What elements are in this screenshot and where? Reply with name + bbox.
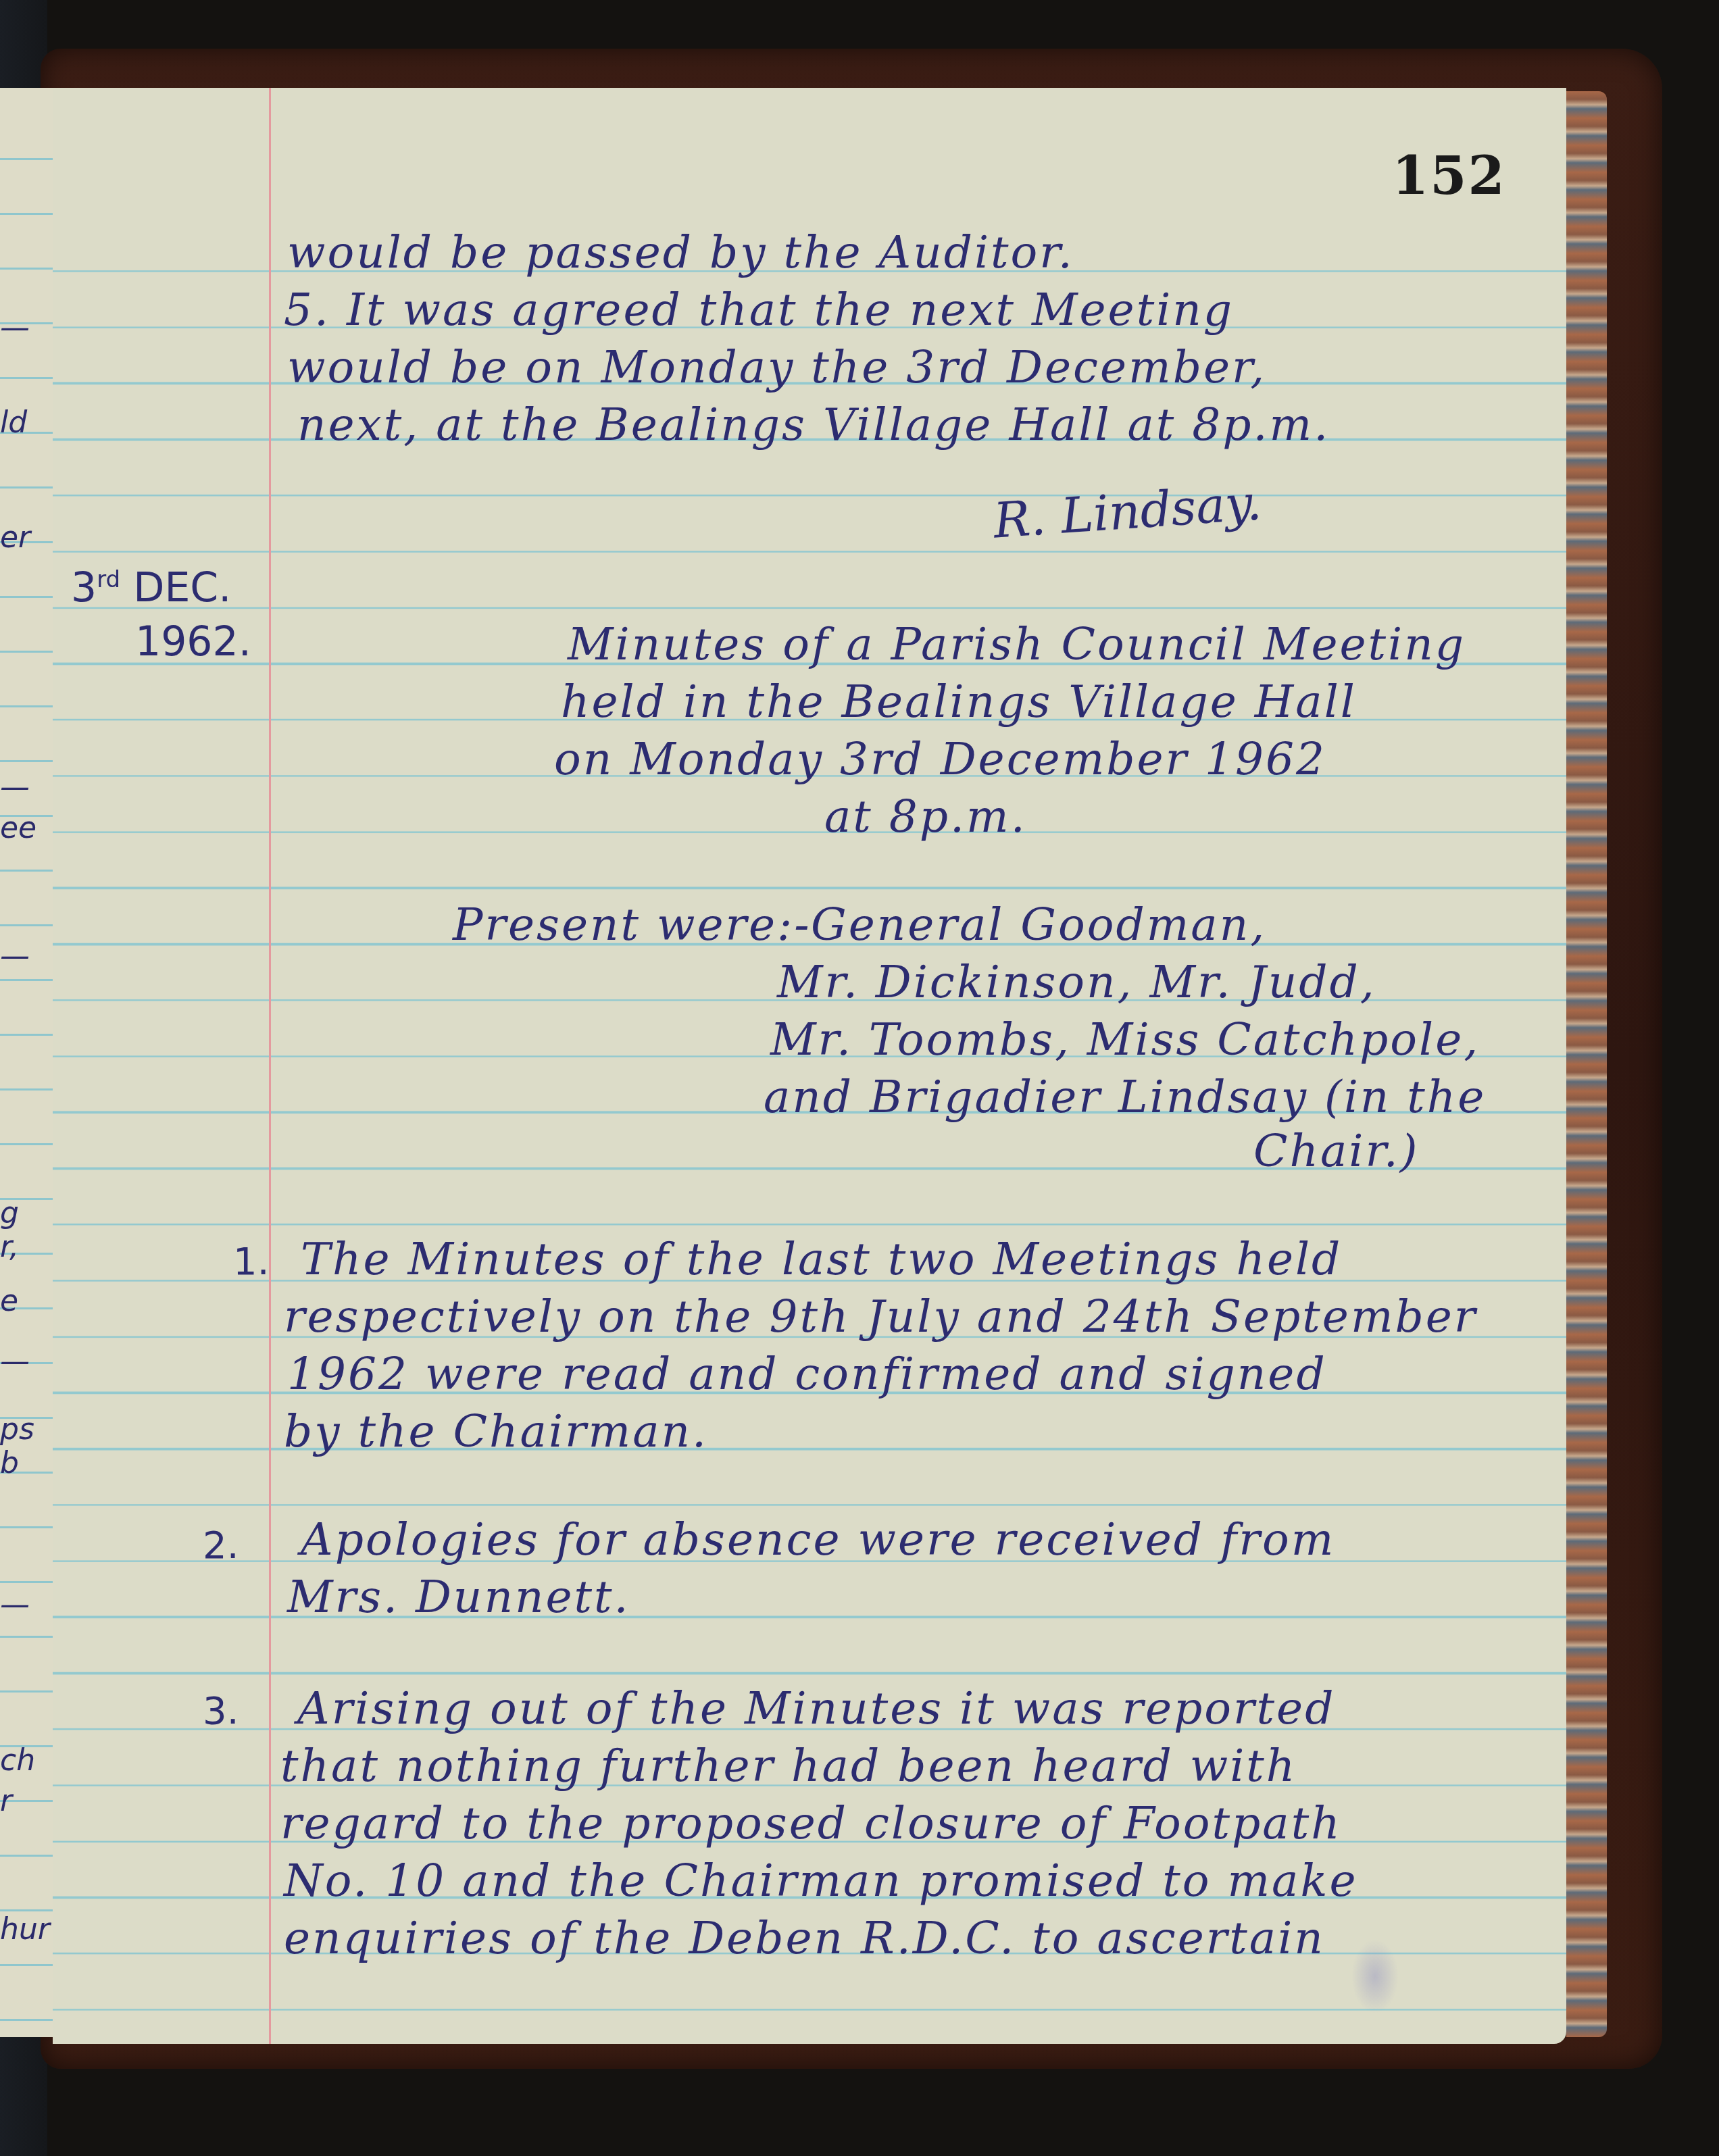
carryover-line: next, at the Bealings Village Hall at 8p…: [297, 399, 1330, 451]
left-page-fragment: e: [0, 1284, 18, 1318]
attendance-label: Present were:-: [453, 899, 812, 951]
attendee-line: General Goodman,: [811, 899, 1266, 951]
carryover-line: 5. It was agreed that the next Meeting: [284, 284, 1234, 336]
left-page-fragment: —: [0, 770, 30, 805]
item-line: enquiries of the Deben R.D.C. to ascerta…: [284, 1912, 1325, 1964]
left-page-fragment: ld: [0, 405, 27, 440]
item-line: by the Chairman.: [284, 1405, 708, 1457]
left-page-fragment: ee: [0, 811, 36, 845]
attendee-line: Mr. Dickinson, Mr. Judd,: [777, 956, 1376, 1008]
left-page-fragment: b: [0, 1446, 19, 1480]
heading-line: Minutes of a Parish Council Meeting: [568, 618, 1466, 670]
left-page-fragment: er: [0, 520, 30, 555]
attendee-line: Mr. Toombs, Miss Catchpole,: [770, 1013, 1480, 1066]
heading-line: at 8p.m.: [824, 791, 1027, 843]
item-line: Arising out of the Minutes it was report…: [297, 1682, 1335, 1734]
item-number: 3.: [203, 1689, 239, 1733]
left-page-fragment: g: [0, 1196, 19, 1230]
left-page-fragment: —: [0, 1345, 30, 1379]
page-edges-marbled: [1566, 91, 1607, 2037]
item-line: Mrs. Dunnett.: [287, 1571, 630, 1623]
ink-smudge: [1351, 1939, 1399, 2013]
left-page-fragment: —: [0, 311, 30, 345]
item-line: The Minutes of the last two Meetings hel…: [301, 1233, 1342, 1285]
item-number: 2.: [203, 1524, 239, 1568]
left-page-fragment: —: [0, 939, 30, 974]
item-line: Apologies for absence were received from: [301, 1513, 1335, 1565]
item-line: that nothing further had been heard with: [280, 1740, 1297, 1792]
margin-date-day: 3: [71, 564, 97, 611]
heading-line: held in the Bealings Village Hall: [561, 676, 1357, 728]
page-number: 152: [1392, 145, 1506, 207]
attendee-line: and Brigadier Lindsay (in the: [764, 1071, 1486, 1123]
carryover-line: would be on Monday the 3rd December,: [287, 341, 1266, 393]
item-line: No. 10 and the Chairman promised to make: [284, 1855, 1357, 1907]
item-number: 1.: [233, 1240, 269, 1284]
left-page-fragment: r,: [0, 1230, 19, 1264]
margin-date-day-month: 3rd DEC.: [71, 564, 231, 611]
attendee-line: Chair.): [1253, 1125, 1420, 1177]
margin-date-suffix: rd: [97, 566, 120, 593]
item-line: respectively on the 9th July and 24th Se…: [284, 1290, 1477, 1343]
left-page-fragment: r: [0, 1784, 12, 1818]
carryover-line: would be passed by the Auditor.: [287, 226, 1074, 278]
left-page-fragment: ps: [0, 1412, 34, 1447]
left-page-edge: — ld er — ee — g r, e — ps b — ch r hur: [0, 88, 55, 2037]
margin-rule: [269, 88, 271, 2044]
margin-date-year: 1962.: [135, 618, 251, 666]
item-line: 1962 were read and confirmed and signed: [287, 1348, 1327, 1400]
left-page-fragment: —: [0, 1588, 30, 1622]
item-line: regard to the proposed closure of Footpa…: [280, 1797, 1342, 1849]
left-page-fragment: ch: [0, 1743, 35, 1778]
margin-date-month: DEC.: [133, 564, 231, 611]
left-page-fragment: hur: [0, 1912, 50, 1947]
heading-line: on Monday 3rd December 1962: [554, 733, 1326, 785]
